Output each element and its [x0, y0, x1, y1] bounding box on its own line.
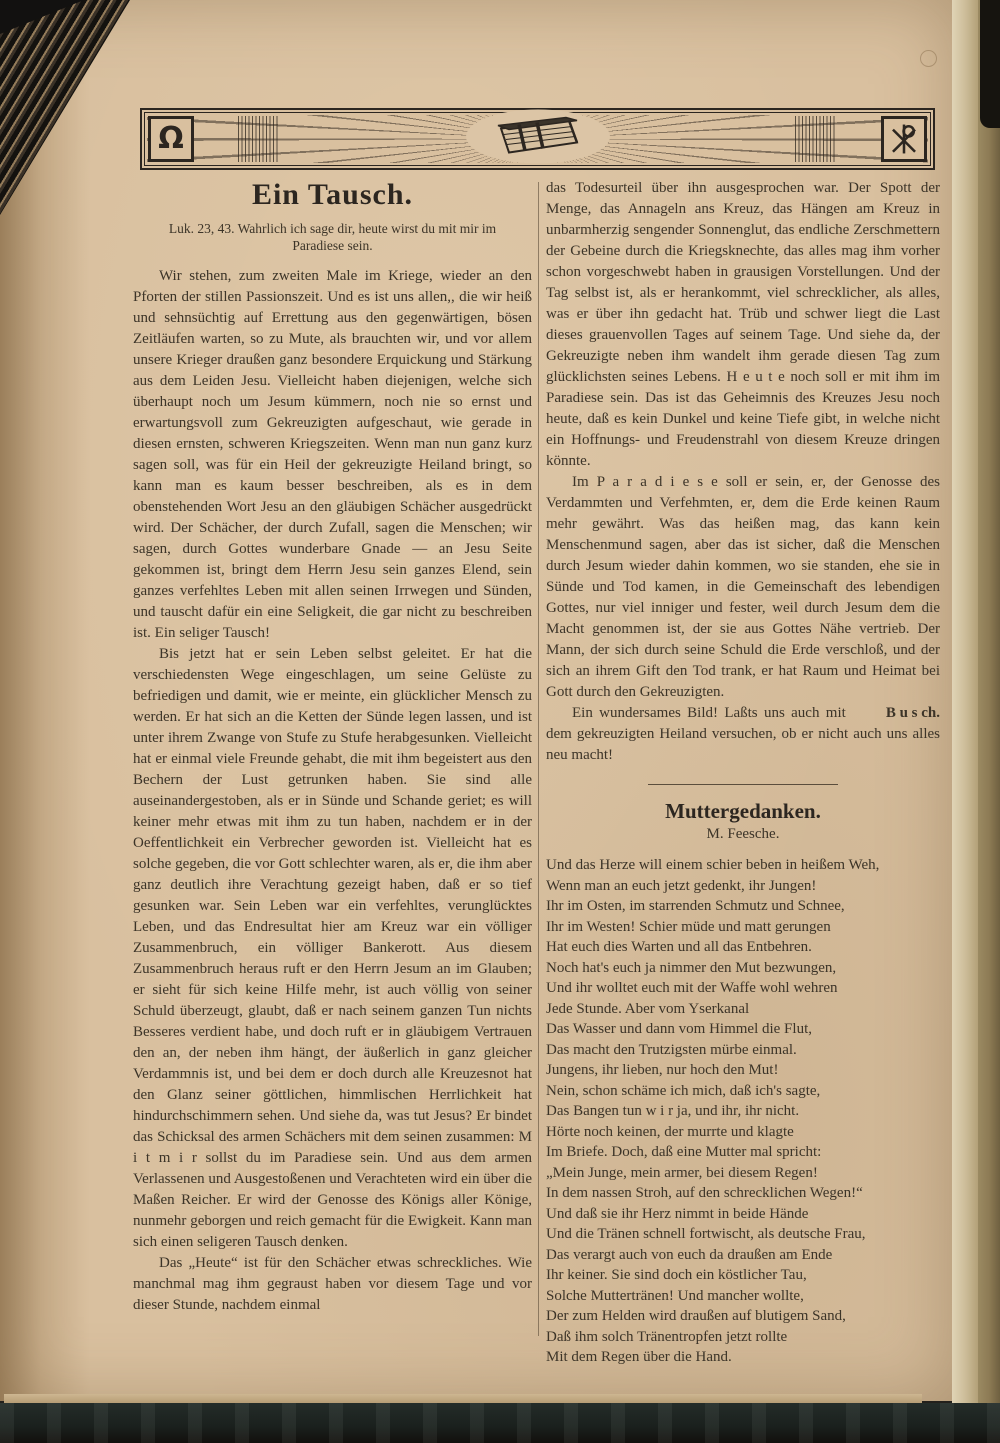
hatch-decoration-right: [795, 116, 837, 162]
poem-line: Ihr keiner. Sie sind doch ein köstlicher…: [546, 1265, 940, 1286]
poem-line: Nein, schon schäme ich mich, daß ich's s…: [546, 1081, 940, 1102]
poem-line: Daß ihm solch Tränentropfen jetzt rollte: [546, 1327, 940, 1348]
poem-body: Und das Herze will einem schier beben in…: [546, 855, 940, 1368]
poem-line: Das Wasser und dann vom Himmel die Flut,: [546, 1019, 940, 1040]
book-cover-bottom: [0, 1403, 1000, 1443]
article-paragraph: Im P a r a d i e s e soll er sein, er, d…: [546, 472, 940, 703]
section-divider-rule: [648, 784, 838, 785]
article-paragraph: Bis jetzt hat er sein Leben selbst gelei…: [133, 644, 532, 1253]
poem-line: Noch hat's euch ja nimmer den Mut bezwun…: [546, 958, 940, 979]
magazine-page: Ω: [0, 0, 952, 1401]
poem-line: Ihr im Westen! Schier müde und matt geru…: [546, 917, 940, 938]
article-epigraph: Luk. 23, 43. Wahrlich ich sage dir, heut…: [160, 220, 505, 254]
poem-line: Wenn man an euch jetzt gedenkt, ihr Jung…: [546, 876, 940, 897]
header-ornament: Ω: [140, 108, 935, 170]
poem-line: Das macht den Trutzigsten mürbe einmal.: [546, 1040, 940, 1061]
alpha-omega-icon: Ω: [148, 116, 194, 162]
scanned-book-photo: Ω: [0, 0, 1000, 1443]
poem-line: In dem nassen Stroh, auf den schrecklich…: [546, 1183, 940, 1204]
poem-line: Der zum Helden wird draußen auf blutigem…: [546, 1306, 940, 1327]
bible-book-icon: [463, 109, 613, 170]
poem-line: Jungens, ihr lieben, nur hoch den Mut!: [546, 1060, 940, 1081]
article-title: Ein Tausch.: [133, 178, 532, 212]
left-column: Ein Tausch. Luk. 23, 43. Wahrlich ich sa…: [133, 178, 532, 1396]
poem-line: Mit dem Regen über die Hand.: [546, 1347, 940, 1368]
poem-line: Solche Muttertränen! Und mancher wollte,: [546, 1286, 940, 1307]
poem-line: Hat euch dies Warten und all das Entbehr…: [546, 937, 940, 958]
article-paragraph: Wir stehen, zum zweiten Male im Kriege, …: [133, 266, 532, 644]
stamp-mark: [920, 50, 937, 67]
poem-line: Und daß sie ihr Herz nimmt in beide Händ…: [546, 1204, 940, 1225]
poem-title: Muttergedanken.: [546, 799, 940, 824]
poem-author: M. Feesche.: [546, 826, 940, 843]
poem-line: Hörte noch keinen, der murrte und klagte: [546, 1122, 940, 1143]
binding-gutter-shadow: [0, 0, 90, 1401]
chi-rho-icon: [881, 116, 927, 162]
right-column: das Todesurteil über ihn ausgesprochen w…: [546, 178, 940, 1396]
poem-line: Ihr im Osten, im starrenden Schmutz und …: [546, 896, 940, 917]
poem-line: „Mein Junge, mein armer, bei diesem Rege…: [546, 1163, 940, 1184]
poem-line: Jede Stunde. Aber vom Yserkanal: [546, 999, 940, 1020]
text-columns: Ein Tausch. Luk. 23, 43. Wahrlich ich sa…: [133, 178, 940, 1396]
hatch-decoration-left: [238, 116, 280, 162]
article-paragraph: Das „Heute“ ist für den Schächer etwas s…: [133, 1253, 532, 1316]
book-fore-edge-pages: [952, 0, 978, 1403]
poem-line: Im Briefe. Doch, daß eine Mutter mal spr…: [546, 1142, 940, 1163]
article-paragraph: das Todesurteil über ihn ausgesprochen w…: [546, 178, 940, 472]
poem-line: Und die Tränen schnell fortwischt, als d…: [546, 1224, 940, 1245]
poem-line: Und ihr wolltet euch mit der Waffe wohl …: [546, 978, 940, 999]
column-divider-rule: [538, 182, 539, 1336]
poem-line: Das Bangen tun w i r ja, und ihr, ihr ni…: [546, 1101, 940, 1122]
poem-line: Und das Herze will einem schier beben in…: [546, 855, 940, 876]
book-right-edge: [978, 0, 1000, 1409]
poem-line: Das verargt auch von euch da draußen am …: [546, 1245, 940, 1266]
top-right-shadow: [980, 0, 1000, 128]
article-paragraph-with-signature: B u s ch.Ein wundersames Bild! Laßts uns…: [546, 703, 940, 766]
author-signature: B u s ch.: [846, 703, 940, 724]
